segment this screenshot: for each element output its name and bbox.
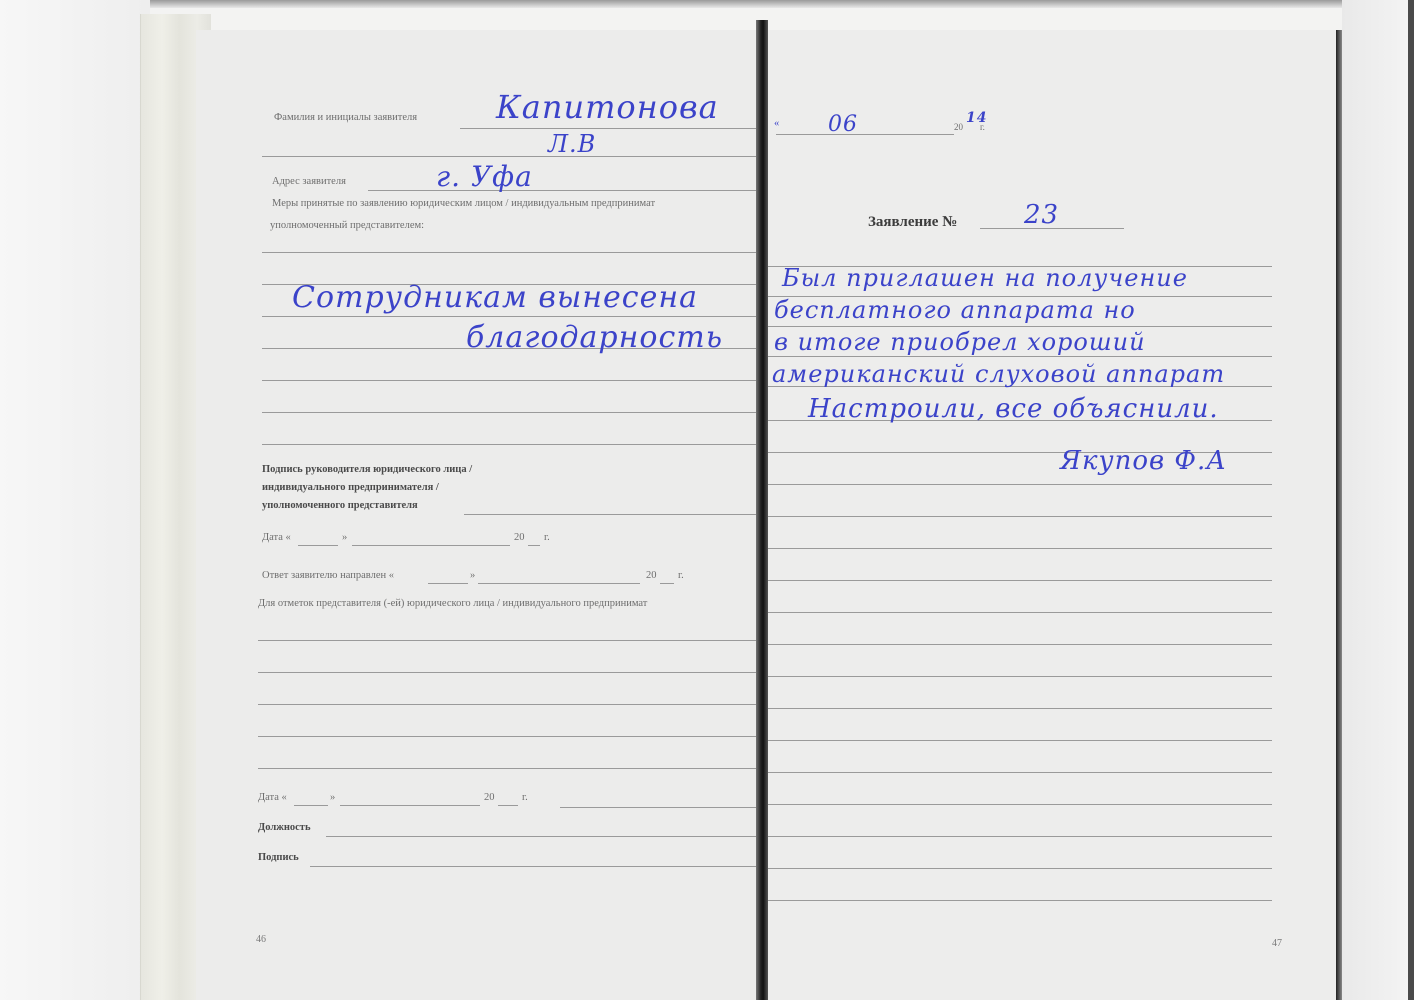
statement-text-line-1: Был приглашен на получение: [782, 264, 1188, 292]
reply-label: Ответ заявителю направлен «: [262, 570, 394, 581]
notes-line-4: [258, 736, 756, 737]
statement-text-line-5: Настроили, все объяснили.: [808, 394, 1219, 424]
measures-line-5: [262, 380, 756, 381]
notes-line-2: [258, 672, 756, 673]
ruled-line-17: [768, 772, 1272, 773]
ruled-line-4: [768, 356, 1272, 357]
date-year-line: [528, 545, 540, 546]
signature-label: Подпись: [258, 852, 299, 863]
date-year-suffix: г.: [980, 122, 985, 132]
applicant-address-label: Адрес заявителя: [272, 176, 346, 187]
applicant-name-line-2: [262, 156, 756, 157]
ruled-line-21: [768, 900, 1272, 901]
statement-text-line-4: американский слуховой аппарат: [772, 360, 1225, 388]
page-number-right: 47: [1272, 938, 1282, 949]
date2-year-suffix: г.: [522, 792, 528, 803]
signature-head-label-2: индивидуального предпринимателя /: [262, 482, 439, 493]
reply-month-line: [478, 583, 640, 584]
ruled-line-11: [768, 580, 1272, 581]
ruled-line-8: [768, 484, 1272, 485]
notes-line-1: [258, 640, 756, 641]
ruled-line-13: [768, 644, 1272, 645]
reply-day-line: [428, 583, 468, 584]
notes-line-5: [258, 768, 756, 769]
reply-year-line: [660, 583, 674, 584]
date2-label: Дата «: [258, 792, 287, 803]
date-year-suffix: г.: [544, 532, 550, 543]
applicant-initials-handwritten: Л.В: [548, 130, 596, 158]
measures-label-line1: Меры принятые по заявлению юридическим л…: [272, 198, 655, 209]
scanner-top-edge: [0, 0, 1414, 8]
date-month-handwritten: 06: [828, 112, 858, 137]
date2-trailing-line: [560, 807, 756, 808]
date-year-prefix: 20: [514, 532, 525, 543]
ruled-line-12: [768, 612, 1272, 613]
date2-month-line: [340, 805, 480, 806]
date-month-line: [776, 134, 954, 135]
scanner-right-edge: [1408, 0, 1414, 1000]
position-label: Должность: [258, 822, 311, 833]
page-number-left: 46: [256, 934, 266, 945]
ruled-line-18: [768, 804, 1272, 805]
date-quote-close: »: [342, 532, 347, 543]
ruled-line-16: [768, 740, 1272, 741]
measures-line-3: [262, 316, 756, 317]
date-day-line: [298, 545, 338, 546]
measures-handwritten-line2: благодарность: [466, 320, 723, 355]
ruled-line-15: [768, 708, 1272, 709]
date-year-prefix: 20: [954, 122, 963, 132]
date-label: Дата «: [262, 532, 291, 543]
date2-year-prefix: 20: [484, 792, 495, 803]
applicant-name-line: [460, 128, 756, 129]
scanner-background: [0, 0, 150, 1000]
ruled-line-3: [768, 326, 1272, 327]
ruled-line-10: [768, 548, 1272, 549]
left-page: Фамилия и инициалы заявителя Капитонова …: [196, 30, 756, 1000]
notes-line-3: [258, 704, 756, 705]
applicant-address-line: [368, 190, 756, 191]
date2-year-line: [498, 805, 518, 806]
date2-day-line: [294, 805, 328, 806]
reply-year-prefix: 20: [646, 570, 657, 581]
statement-text-line-2: бесплатного аппарата но: [774, 296, 1136, 324]
date2-quote-close: »: [330, 792, 335, 803]
ruled-line-9: [768, 516, 1272, 517]
applicant-name-label: Фамилия и инициалы заявителя: [274, 112, 417, 123]
statement-number-handwritten: 23: [1024, 200, 1059, 230]
applicant-address-handwritten: г. Уфа: [436, 160, 533, 193]
date-day-prefix: «: [774, 118, 779, 129]
measures-line-1: [262, 252, 756, 253]
signature-head-label-1: Подпись руководителя юридического лица /: [262, 464, 472, 475]
measures-label-line2: уполномоченный представителем:: [270, 220, 424, 231]
applicant-name-handwritten: Капитонова: [496, 88, 719, 126]
right-page: « 06 20 14 г. Заявление № 23 Был приглаш…: [768, 30, 1336, 1000]
measures-handwritten-line1: Сотрудникам вынесена: [292, 280, 698, 315]
signature-head-line: [464, 514, 756, 515]
book-spine: [756, 20, 768, 1000]
signature-head-label-3: уполномоченного представителя: [262, 500, 418, 511]
ruled-line-20: [768, 868, 1272, 869]
measures-line-7: [262, 444, 756, 445]
ruled-line-14: [768, 676, 1272, 677]
reply-quote-close: »: [470, 570, 475, 581]
scanner-background-right: [1342, 0, 1414, 1000]
signature-handwritten: Якупов Ф.А: [1060, 446, 1227, 476]
signature-line: [310, 866, 756, 867]
date-month-line: [352, 545, 510, 546]
notes-label: Для отметок представителя (-ей) юридичес…: [258, 598, 647, 609]
ruled-line-19: [768, 836, 1272, 837]
measures-line-6: [262, 412, 756, 413]
statement-text-line-3: в итоге приобрел хороший: [774, 328, 1146, 356]
statement-title: Заявление №: [868, 214, 957, 231]
position-line: [326, 836, 756, 837]
reply-year-suffix: г.: [678, 570, 684, 581]
